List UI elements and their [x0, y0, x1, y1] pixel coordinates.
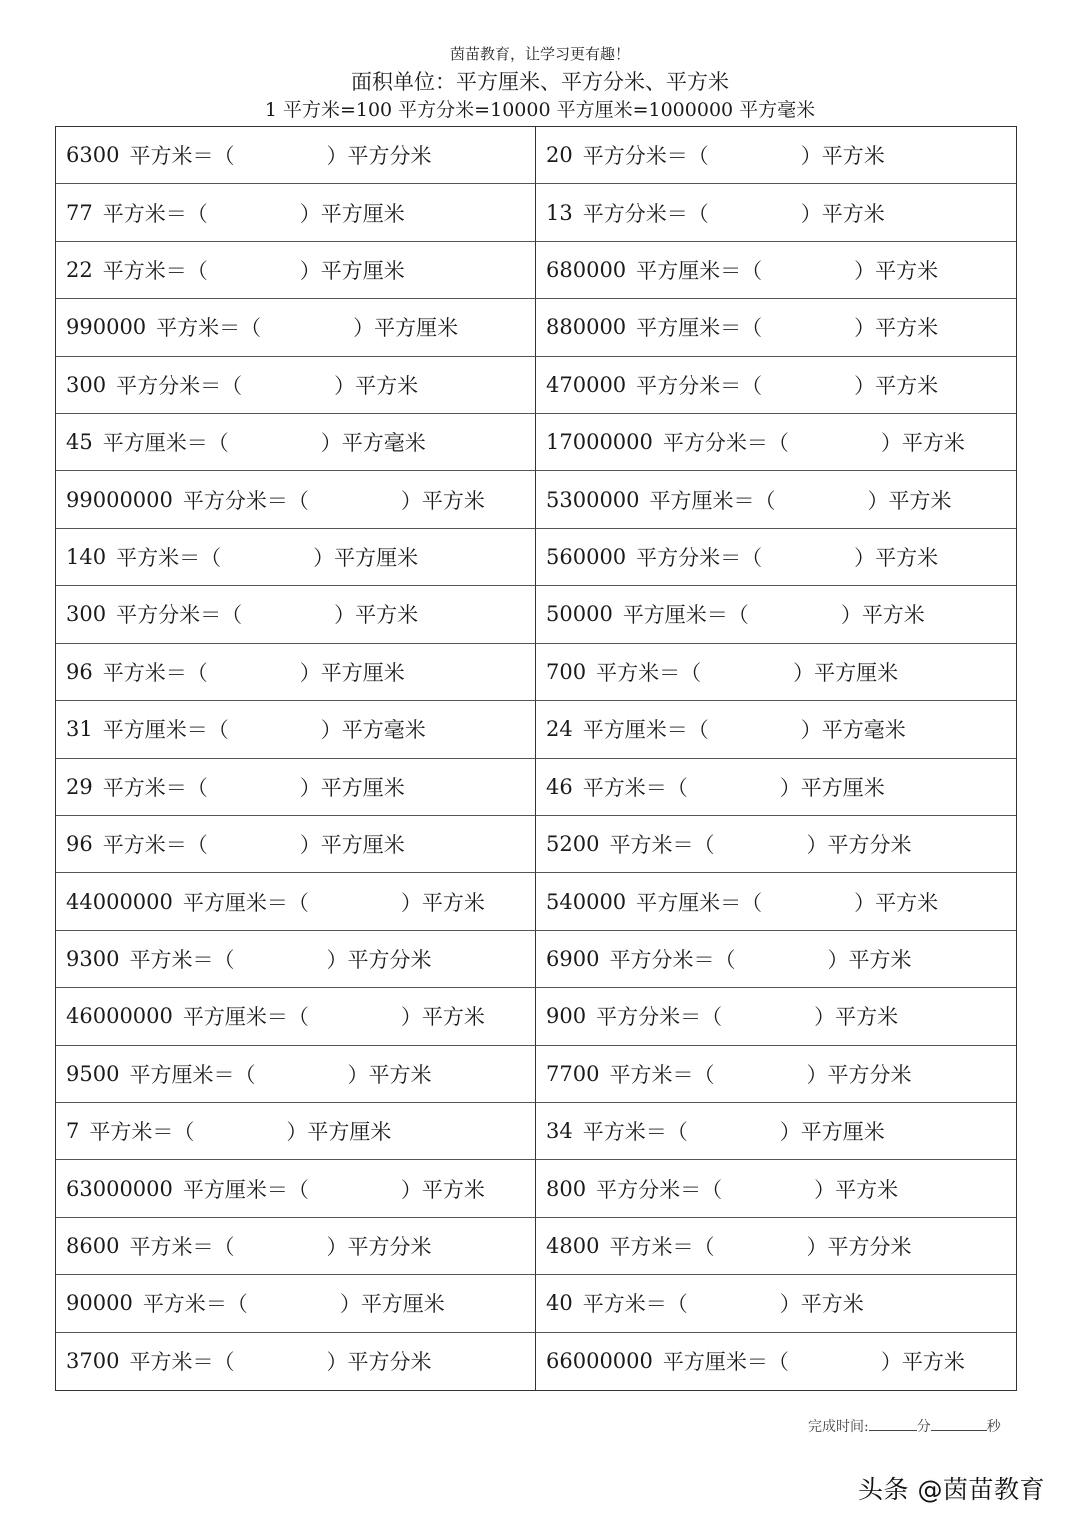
from-unit: 平方分米: [583, 198, 667, 228]
close-paren: ）: [854, 370, 875, 400]
from-unit: 平方分米: [636, 542, 720, 572]
close-paren: ）: [321, 427, 342, 457]
from-unit: 平方米: [103, 198, 166, 228]
problem-number: 300: [66, 373, 106, 397]
problem-right-22: 66000000平方厘米＝（）平方米: [536, 1333, 1016, 1390]
problem-number: 96: [66, 832, 93, 856]
close-paren: ）: [827, 944, 848, 974]
equals-open-paren: ＝（: [720, 887, 762, 917]
to-unit: 平方米: [848, 944, 911, 974]
close-paren: ）: [401, 887, 422, 917]
equals-open-paren: ＝（: [200, 599, 242, 629]
close-paren: ）: [300, 772, 321, 802]
problem-left-2: 77平方米＝（）平方厘米: [56, 184, 536, 241]
problem-number: 6300: [66, 143, 119, 167]
equals-open-paren: ＝（: [152, 1116, 194, 1146]
seconds-label: 秒: [987, 1419, 1001, 1435]
problem-left-17: 9500平方厘米＝（）平方米: [56, 1046, 536, 1103]
equals-open-paren: ＝（: [200, 370, 242, 400]
from-unit: 平方米: [89, 1116, 152, 1146]
equals-open-paren: ＝（: [179, 542, 221, 572]
to-unit: 平方毫米: [822, 714, 906, 744]
equals-open-paren: ＝（: [680, 1001, 722, 1031]
problem-right-9: 50000平方厘米＝（）平方米: [536, 586, 1016, 643]
problem-number: 560000: [546, 545, 626, 569]
to-unit: 平方米: [835, 1001, 898, 1031]
close-paren: ）: [814, 1001, 835, 1031]
problem-left-12: 29平方米＝（）平方厘米: [56, 759, 536, 816]
equals-open-paren: ＝（: [187, 427, 229, 457]
close-paren: ）: [854, 542, 875, 572]
problem-number: 66000000: [546, 1349, 653, 1373]
equals-open-paren: ＝（: [707, 599, 749, 629]
problem-left-1: 6300平方米＝（）平方分米: [56, 127, 536, 184]
problem-number: 9500: [66, 1062, 119, 1086]
completion-time: 完成时间:分秒: [808, 1416, 1001, 1436]
equals-open-paren: ＝（: [667, 198, 709, 228]
equals-open-paren: ＝（: [693, 944, 735, 974]
close-paren: ）: [334, 599, 355, 629]
equals-open-paren: ＝（: [213, 1059, 255, 1089]
close-paren: ）: [340, 1288, 361, 1318]
to-unit: 平方厘米: [374, 312, 458, 342]
to-unit: 平方米: [835, 1174, 898, 1204]
problem-number: 300: [66, 602, 106, 626]
problem-number: 680000: [546, 258, 626, 282]
equals-open-paren: ＝（: [219, 312, 261, 342]
to-unit: 平方米: [422, 485, 485, 515]
equals-open-paren: ＝（: [659, 657, 701, 687]
close-paren: ）: [806, 1231, 827, 1261]
from-unit: 平方米: [129, 140, 192, 170]
close-paren: ）: [854, 312, 875, 342]
problem-left-9: 300平方分米＝（）平方米: [56, 586, 536, 643]
equals-open-paren: ＝（: [667, 140, 709, 170]
to-unit: 平方米: [422, 1174, 485, 1204]
close-paren: ）: [347, 1059, 368, 1089]
problem-number: 4800: [546, 1234, 599, 1258]
equals-open-paren: ＝（: [646, 772, 688, 802]
close-paren: ）: [881, 427, 902, 457]
equals-open-paren: ＝（: [747, 427, 789, 457]
from-unit: 平方厘米: [636, 255, 720, 285]
problem-left-6: 45平方厘米＝（）平方毫米: [56, 414, 536, 471]
problem-left-20: 8600平方米＝（）平方分米: [56, 1218, 536, 1275]
to-unit: 平方厘米: [307, 1116, 391, 1146]
equals-open-paren: ＝（: [720, 370, 762, 400]
problem-number: 7: [66, 1119, 79, 1143]
to-unit: 平方厘米: [321, 829, 405, 859]
problem-number: 46000000: [66, 1004, 173, 1028]
from-unit: 平方米: [583, 1116, 646, 1146]
problem-right-6: 17000000平方分米＝（）平方米: [536, 414, 1016, 471]
conversion-formula: 1 平方米=100 平方分米=10000 平方厘米=1000000 平方毫米: [0, 96, 1080, 124]
watermark: 头条 @茵苗教育: [858, 1470, 1045, 1506]
problem-right-4: 880000平方厘米＝（）平方米: [536, 299, 1016, 356]
to-unit: 平方米: [801, 1288, 864, 1318]
from-unit: 平方米: [609, 829, 672, 859]
to-unit: 平方米: [902, 427, 965, 457]
from-unit: 平方厘米: [103, 427, 187, 457]
problem-number: 96: [66, 660, 93, 684]
problem-left-22: 3700平方米＝（）平方分米: [56, 1333, 536, 1390]
problem-right-18: 34平方米＝（）平方厘米: [536, 1103, 1016, 1160]
problem-right-20: 4800平方米＝（）平方分米: [536, 1218, 1016, 1275]
from-unit: 平方分米: [663, 427, 747, 457]
problem-left-8: 140平方米＝（）平方厘米: [56, 529, 536, 586]
problem-number: 77: [66, 201, 93, 225]
problem-right-17: 7700平方米＝（）平方分米: [536, 1046, 1016, 1103]
equals-open-paren: ＝（: [166, 255, 208, 285]
close-paren: ）: [334, 370, 355, 400]
to-unit: 平方厘米: [801, 1116, 885, 1146]
close-paren: ）: [401, 1001, 422, 1031]
problem-right-15: 6900平方分米＝（）平方米: [536, 931, 1016, 988]
problem-left-18: 7平方米＝（）平方厘米: [56, 1103, 536, 1160]
to-unit: 平方米: [422, 887, 485, 917]
problem-left-13: 96平方米＝（）平方厘米: [56, 816, 536, 873]
equals-open-paren: ＝（: [646, 1116, 688, 1146]
equals-open-paren: ＝（: [192, 1346, 234, 1376]
problem-left-11: 31平方厘米＝（）平方毫米: [56, 701, 536, 758]
to-unit: 平方米: [822, 198, 885, 228]
minutes-label: 分: [917, 1419, 931, 1435]
problem-right-16: 900平方分米＝（）平方米: [536, 988, 1016, 1045]
problem-number: 900: [546, 1004, 586, 1028]
equals-open-paren: ＝（: [267, 485, 309, 515]
equals-open-paren: ＝（: [166, 657, 208, 687]
from-unit: 平方米: [129, 944, 192, 974]
close-paren: ）: [806, 829, 827, 859]
problem-number: 22: [66, 258, 93, 282]
to-unit: 平方分米: [347, 140, 431, 170]
close-paren: ）: [780, 1116, 801, 1146]
problem-number: 34: [546, 1119, 573, 1143]
completion-time-label: 完成时间:: [808, 1419, 869, 1435]
close-paren: ）: [854, 887, 875, 917]
problem-number: 700: [546, 660, 586, 684]
from-unit: 平方厘米: [623, 599, 707, 629]
close-paren: ）: [881, 1346, 902, 1376]
from-unit: 平方分米: [116, 599, 200, 629]
equals-open-paren: ＝（: [672, 1059, 714, 1089]
close-paren: ）: [780, 772, 801, 802]
problem-right-1: 20平方分米＝（）平方米: [536, 127, 1016, 184]
from-unit: 平方分米: [183, 485, 267, 515]
to-unit: 平方分米: [347, 1346, 431, 1376]
from-unit: 平方米: [583, 1288, 646, 1318]
from-unit: 平方厘米: [583, 714, 667, 744]
problem-number: 540000: [546, 890, 626, 914]
to-unit: 平方毫米: [342, 714, 426, 744]
equals-open-paren: ＝（: [720, 542, 762, 572]
close-paren: ）: [801, 198, 822, 228]
to-unit: 平方米: [355, 370, 418, 400]
close-paren: ）: [300, 657, 321, 687]
equals-open-paren: ＝（: [720, 312, 762, 342]
from-unit: 平方米: [116, 542, 179, 572]
problem-number: 46: [546, 775, 573, 799]
problem-number: 50000: [546, 602, 613, 626]
close-paren: ）: [814, 1174, 835, 1204]
problem-right-13: 5200平方米＝（）平方分米: [536, 816, 1016, 873]
problem-right-14: 540000平方厘米＝（）平方米: [536, 873, 1016, 930]
from-unit: 平方分米: [583, 140, 667, 170]
from-unit: 平方厘米: [636, 312, 720, 342]
close-paren: ）: [286, 1116, 307, 1146]
equals-open-paren: ＝（: [192, 944, 234, 974]
equals-open-paren: ＝（: [680, 1174, 722, 1204]
to-unit: 平方厘米: [321, 657, 405, 687]
from-unit: 平方厘米: [650, 485, 734, 515]
problem-number: 5200: [546, 832, 599, 856]
equals-open-paren: ＝（: [166, 829, 208, 859]
problem-left-14: 44000000平方厘米＝（）平方米: [56, 873, 536, 930]
problem-right-8: 560000平方分米＝（）平方米: [536, 529, 1016, 586]
to-unit: 平方分米: [347, 1231, 431, 1261]
to-unit: 平方米: [822, 140, 885, 170]
from-unit: 平方厘米: [183, 1174, 267, 1204]
to-unit: 平方米: [875, 542, 938, 572]
to-unit: 平方厘米: [361, 1288, 445, 1318]
equals-open-paren: ＝（: [206, 1288, 248, 1318]
problem-number: 6900: [546, 947, 599, 971]
problem-number: 470000: [546, 373, 626, 397]
problem-number: 24: [546, 717, 573, 741]
close-paren: ）: [326, 140, 347, 170]
page-title: 面积单位：平方厘米、平方分米、平方米: [0, 68, 1080, 96]
equals-open-paren: ＝（: [192, 140, 234, 170]
from-unit: 平方厘米: [636, 887, 720, 917]
to-unit: 平方米: [875, 312, 938, 342]
equals-open-paren: ＝（: [267, 887, 309, 917]
problem-number: 7700: [546, 1062, 599, 1086]
to-unit: 平方毫米: [342, 427, 426, 457]
problem-number: 29: [66, 775, 93, 799]
from-unit: 平方厘米: [103, 714, 187, 744]
problem-right-19: 800平方分米＝（）平方米: [536, 1160, 1016, 1217]
close-paren: ）: [841, 599, 862, 629]
problem-left-21: 90000平方米＝（）平方厘米: [56, 1275, 536, 1332]
to-unit: 平方分米: [827, 1231, 911, 1261]
problem-right-7: 5300000平方厘米＝（）平方米: [536, 471, 1016, 528]
close-paren: ）: [806, 1059, 827, 1089]
from-unit: 平方米: [103, 772, 166, 802]
problem-right-5: 470000平方分米＝（）平方米: [536, 357, 1016, 414]
problem-left-7: 99000000平方分米＝（）平方米: [56, 471, 536, 528]
seconds-blank[interactable]: [931, 1418, 987, 1431]
from-unit: 平方米: [129, 1231, 192, 1261]
to-unit: 平方米: [875, 255, 938, 285]
problem-number: 45: [66, 430, 93, 454]
equals-open-paren: ＝（: [187, 714, 229, 744]
from-unit: 平方分米: [596, 1174, 680, 1204]
from-unit: 平方米: [156, 312, 219, 342]
problem-right-2: 13平方分米＝（）平方米: [536, 184, 1016, 241]
from-unit: 平方厘米: [183, 1001, 267, 1031]
close-paren: ）: [326, 1231, 347, 1261]
equals-open-paren: ＝（: [672, 1231, 714, 1261]
from-unit: 平方分米: [609, 944, 693, 974]
equals-open-paren: ＝（: [672, 829, 714, 859]
to-unit: 平方分米: [347, 944, 431, 974]
close-paren: ）: [793, 657, 814, 687]
problem-number: 20: [546, 143, 573, 167]
equals-open-paren: ＝（: [667, 714, 709, 744]
problem-right-12: 46平方米＝（）平方厘米: [536, 759, 1016, 816]
close-paren: ）: [300, 829, 321, 859]
problem-number: 13: [546, 201, 573, 225]
to-unit: 平方厘米: [801, 772, 885, 802]
to-unit: 平方厘米: [321, 255, 405, 285]
problem-number: 800: [546, 1177, 586, 1201]
problem-right-10: 700平方米＝（）平方厘米: [536, 644, 1016, 701]
close-paren: ）: [300, 255, 321, 285]
to-unit: 平方米: [368, 1059, 431, 1089]
to-unit: 平方厘米: [814, 657, 898, 687]
from-unit: 平方米: [596, 657, 659, 687]
equals-open-paren: ＝（: [267, 1174, 309, 1204]
close-paren: ）: [321, 714, 342, 744]
problem-number: 31: [66, 717, 93, 741]
problem-left-4: 990000平方米＝（）平方厘米: [56, 299, 536, 356]
to-unit: 平方厘米: [321, 198, 405, 228]
equals-open-paren: ＝（: [646, 1288, 688, 1318]
minutes-blank[interactable]: [869, 1418, 917, 1431]
to-unit: 平方米: [862, 599, 925, 629]
from-unit: 平方米: [103, 657, 166, 687]
equals-open-paren: ＝（: [734, 485, 776, 515]
to-unit: 平方分米: [827, 1059, 911, 1089]
equals-open-paren: ＝（: [267, 1001, 309, 1031]
problem-number: 40: [546, 1291, 573, 1315]
from-unit: 平方厘米: [129, 1059, 213, 1089]
to-unit: 平方米: [422, 1001, 485, 1031]
problem-number: 99000000: [66, 488, 173, 512]
close-paren: ）: [401, 485, 422, 515]
close-paren: ）: [801, 140, 822, 170]
to-unit: 平方米: [902, 1346, 965, 1376]
from-unit: 平方米: [129, 1346, 192, 1376]
from-unit: 平方厘米: [183, 887, 267, 917]
close-paren: ）: [868, 485, 889, 515]
to-unit: 平方米: [875, 370, 938, 400]
equals-open-paren: ＝（: [166, 198, 208, 228]
problem-number: 880000: [546, 315, 626, 339]
from-unit: 平方米: [583, 772, 646, 802]
close-paren: ）: [326, 944, 347, 974]
to-unit: 平方米: [889, 485, 952, 515]
slogan: 茵苗教育，让学习更有趣！: [0, 44, 1080, 64]
exercise-table: 6300平方米＝（）平方分米20平方分米＝（）平方米77平方米＝（）平方厘米13…: [55, 126, 1017, 1391]
from-unit: 平方米: [609, 1231, 672, 1261]
to-unit: 平方分米: [827, 829, 911, 859]
equals-open-paren: ＝（: [192, 1231, 234, 1261]
to-unit: 平方厘米: [321, 772, 405, 802]
close-paren: ）: [326, 1346, 347, 1376]
close-paren: ）: [780, 1288, 801, 1318]
problem-number: 8600: [66, 1234, 119, 1258]
from-unit: 平方米: [103, 255, 166, 285]
problem-number: 9300: [66, 947, 119, 971]
from-unit: 平方米: [609, 1059, 672, 1089]
from-unit: 平方米: [143, 1288, 206, 1318]
problem-right-11: 24平方厘米＝（）平方毫米: [536, 701, 1016, 758]
to-unit: 平方厘米: [334, 542, 418, 572]
problem-number: 990000: [66, 315, 146, 339]
from-unit: 平方分米: [636, 370, 720, 400]
close-paren: ）: [353, 312, 374, 342]
problem-number: 17000000: [546, 430, 653, 454]
problem-number: 3700: [66, 1349, 119, 1373]
problem-number: 63000000: [66, 1177, 173, 1201]
problem-right-21: 40平方米＝（）平方米: [536, 1275, 1016, 1332]
close-paren: ）: [801, 714, 822, 744]
close-paren: ）: [854, 255, 875, 285]
problem-number: 90000: [66, 1291, 133, 1315]
problem-number: 5300000: [546, 488, 640, 512]
equals-open-paren: ＝（: [720, 255, 762, 285]
problem-left-19: 63000000平方厘米＝（）平方米: [56, 1160, 536, 1217]
from-unit: 平方米: [103, 829, 166, 859]
to-unit: 平方米: [875, 887, 938, 917]
problem-left-5: 300平方分米＝（）平方米: [56, 357, 536, 414]
from-unit: 平方厘米: [663, 1346, 747, 1376]
close-paren: ）: [401, 1174, 422, 1204]
problem-left-10: 96平方米＝（）平方厘米: [56, 644, 536, 701]
problem-left-15: 9300平方米＝（）平方分米: [56, 931, 536, 988]
close-paren: ）: [300, 198, 321, 228]
problem-right-3: 680000平方厘米＝（）平方米: [536, 242, 1016, 299]
close-paren: ）: [313, 542, 334, 572]
from-unit: 平方分米: [116, 370, 200, 400]
problem-number: 44000000: [66, 890, 173, 914]
equals-open-paren: ＝（: [166, 772, 208, 802]
problem-number: 140: [66, 545, 106, 569]
problem-left-16: 46000000平方厘米＝（）平方米: [56, 988, 536, 1045]
equals-open-paren: ＝（: [747, 1346, 789, 1376]
problem-left-3: 22平方米＝（）平方厘米: [56, 242, 536, 299]
to-unit: 平方米: [355, 599, 418, 629]
from-unit: 平方分米: [596, 1001, 680, 1031]
